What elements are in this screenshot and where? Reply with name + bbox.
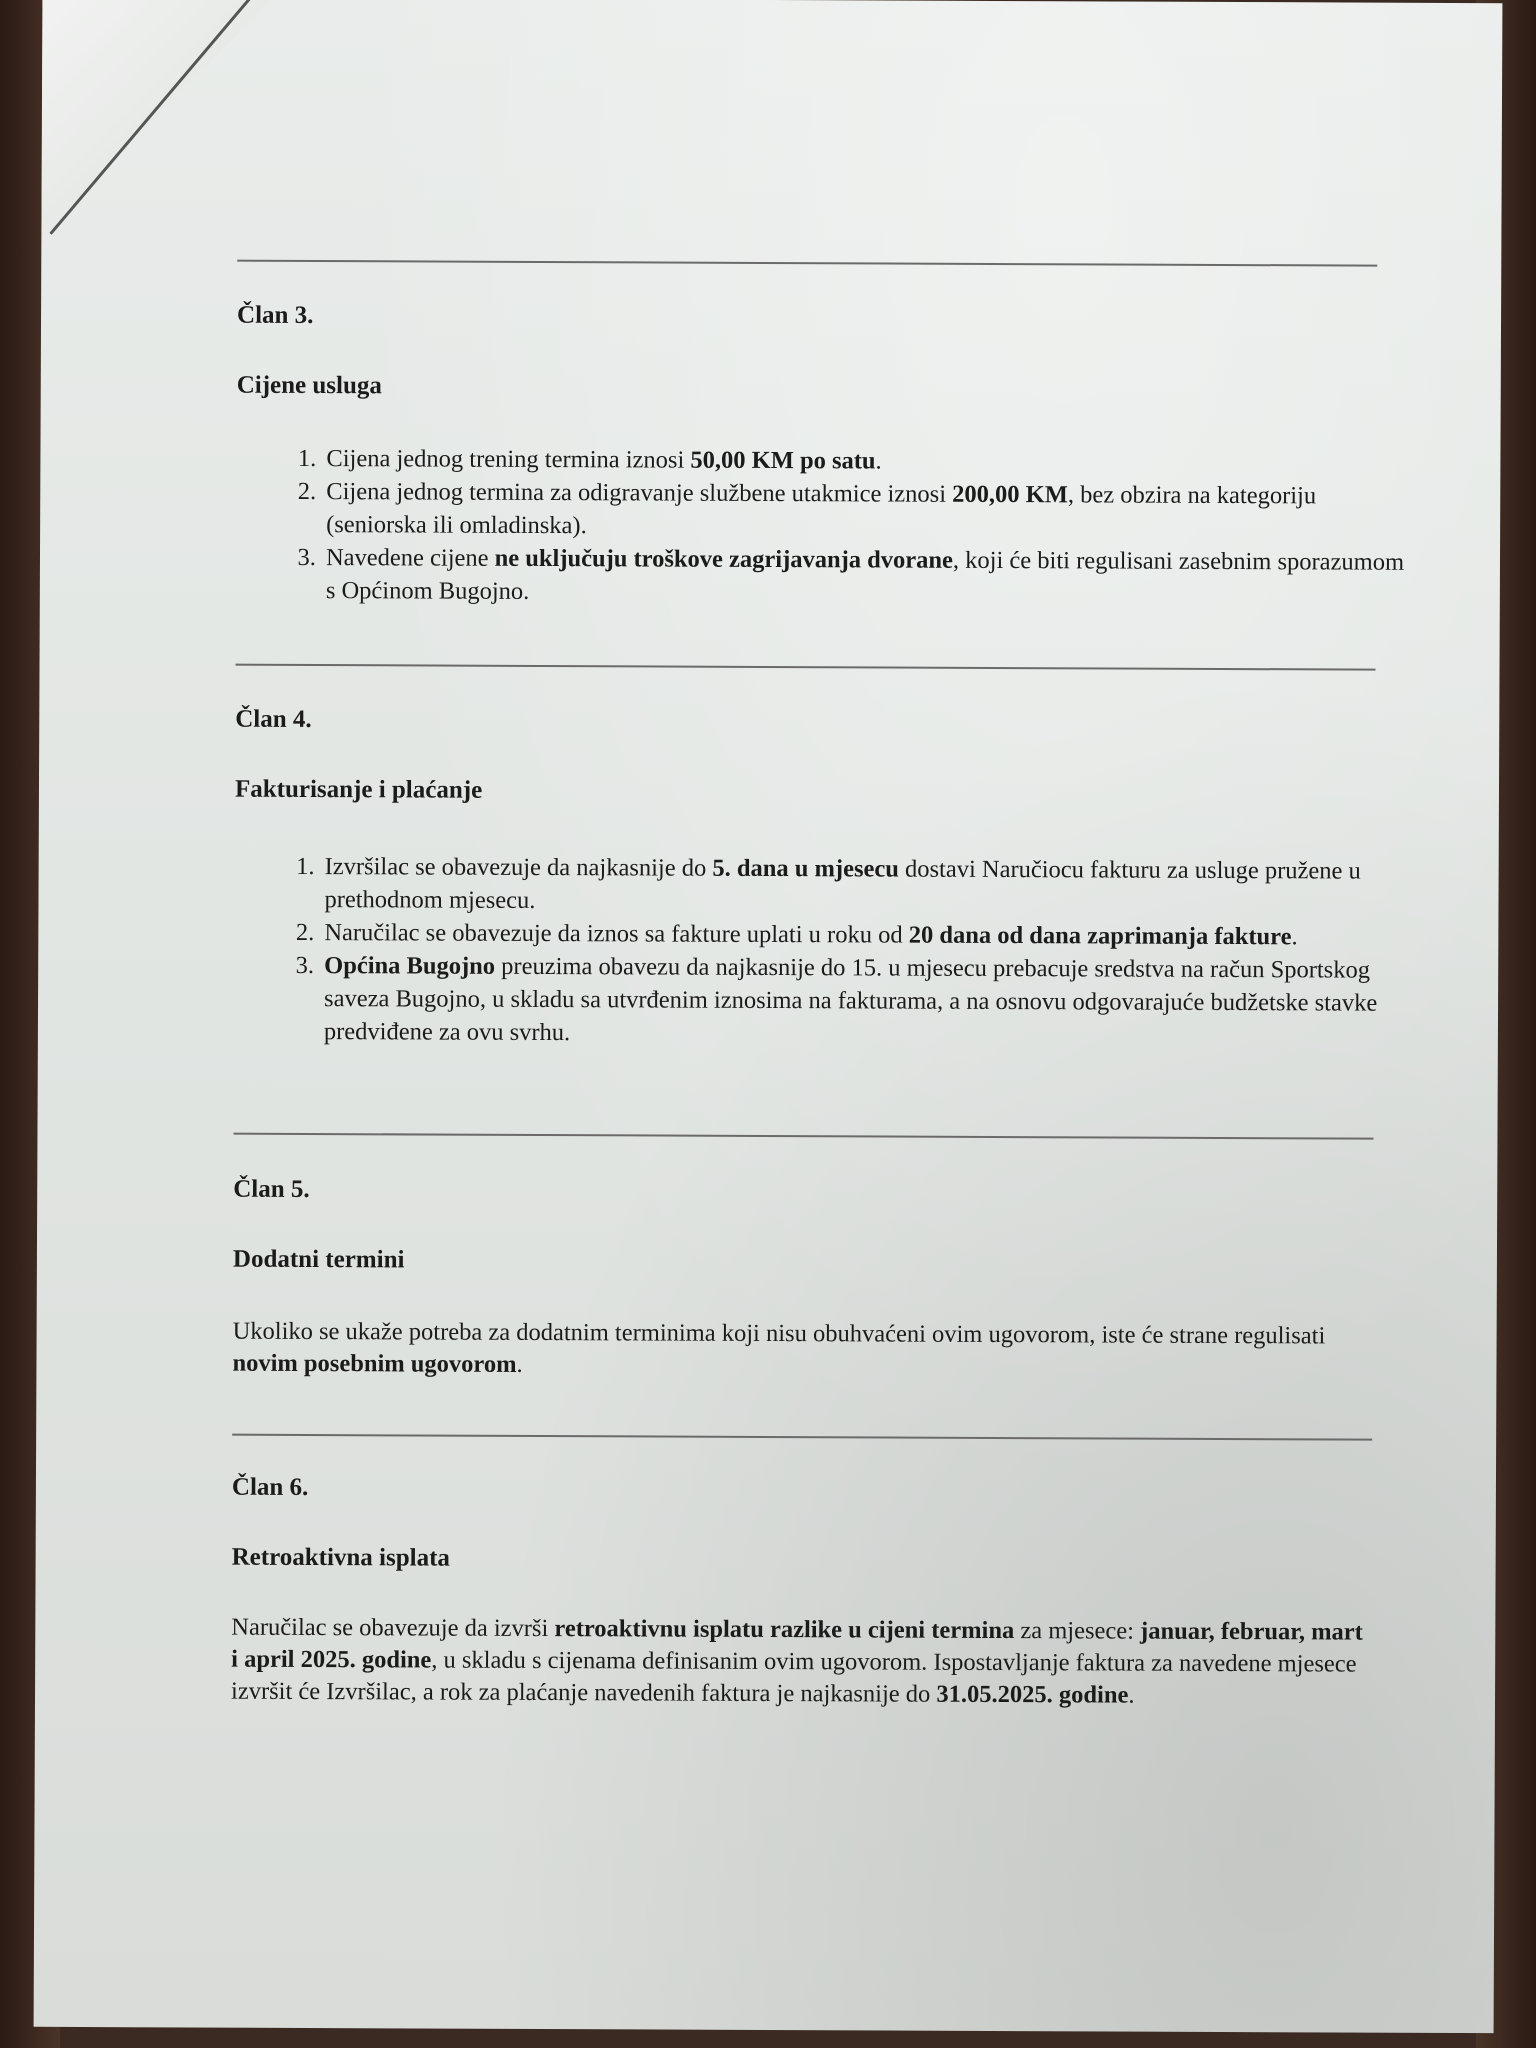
document-page: Član 3. Cijene usluga Cijena jednog tren… (34, 0, 1503, 2033)
emphasized-text: ne uključuju troškove zagrijavanja dvora… (495, 545, 953, 574)
text-run: Naručilac se obavezuje da iznos sa faktu… (324, 919, 909, 949)
text-run: . (516, 1351, 522, 1378)
article-6-heading: Retroaktivna isplata (232, 1544, 450, 1573)
text-run: Cijena jednog termina za odigravanje slu… (326, 478, 952, 508)
text-run: Naručilac se obavezuje da izvrši (231, 1614, 554, 1642)
text-run: za mjesece: (1014, 1617, 1140, 1645)
emphasized-text: 20 dana od dana zaprimanja fakture (909, 922, 1292, 951)
article-5-paragraph: Ukoliko se ukaže potreba za dodatnim ter… (232, 1316, 1372, 1385)
article-3-list: Cijena jednog trening termina iznosi 50,… (276, 442, 1413, 612)
list-item: Cijena jednog termina za odigravanje slu… (322, 475, 1412, 546)
text-run: . (1128, 1682, 1134, 1709)
section-divider (232, 1434, 1372, 1441)
emphasized-text: novim posebnim ugovorom (232, 1350, 516, 1378)
list-item: Općina Bugojno preuzima obavezu da najka… (320, 949, 1410, 1053)
article-6-number: Član 6. (232, 1474, 309, 1502)
article-4-number: Član 4. (235, 706, 312, 734)
article-5-number: Član 5. (233, 1176, 310, 1204)
article-4-heading: Fakturisanje i plaćanje (235, 776, 482, 805)
emphasized-text: 200,00 KM (952, 481, 1068, 509)
emphasized-text: 31.05.2025. godine (936, 1681, 1128, 1709)
list-item: Izvršilac se obavezuje da najkasnije do … (320, 850, 1410, 921)
article-3-number: Član 3. (237, 302, 314, 330)
article-4-list: Izvršilac se obavezuje da najkasnije do … (274, 850, 1411, 1053)
document-content: Član 3. Cijene usluga Cijena jednog tren… (238, 0, 1378, 3)
text-run: Cijena jednog trening termina iznosi (326, 445, 690, 474)
list-item: Navedene cijene ne uključuju troškove za… (322, 541, 1412, 612)
section-divider (237, 260, 1377, 267)
text-run: Ukoliko se ukaže potreba za dodatnim ter… (233, 1318, 1326, 1350)
text-run: . (1291, 923, 1297, 950)
section-divider (233, 1133, 1373, 1140)
list-item: Naručilac se obavezuje da iznos sa faktu… (320, 916, 1410, 954)
emphasized-text: retroaktivnu isplatu razlike u cijeni te… (554, 1615, 1014, 1644)
article-5-heading: Dodatni termini (233, 1246, 405, 1275)
section-divider (236, 664, 1376, 671)
emphasized-text: Općina Bugojno (324, 952, 495, 980)
list-item: Cijena jednog trening termina iznosi 50,… (322, 442, 1412, 480)
text-run: Navedene cijene (326, 544, 495, 572)
article-3-heading: Cijene usluga (237, 372, 382, 401)
text-run: . (876, 447, 882, 474)
emphasized-text: 5. dana u mjesecu (712, 855, 899, 883)
text-run: Izvršilac se obavezuje da najkasnije do (325, 853, 713, 882)
emphasized-text: 50,00 KM po satu (690, 447, 875, 475)
article-6-paragraph: Naručilac se obavezuje da izvrši retroak… (231, 1612, 1371, 1713)
